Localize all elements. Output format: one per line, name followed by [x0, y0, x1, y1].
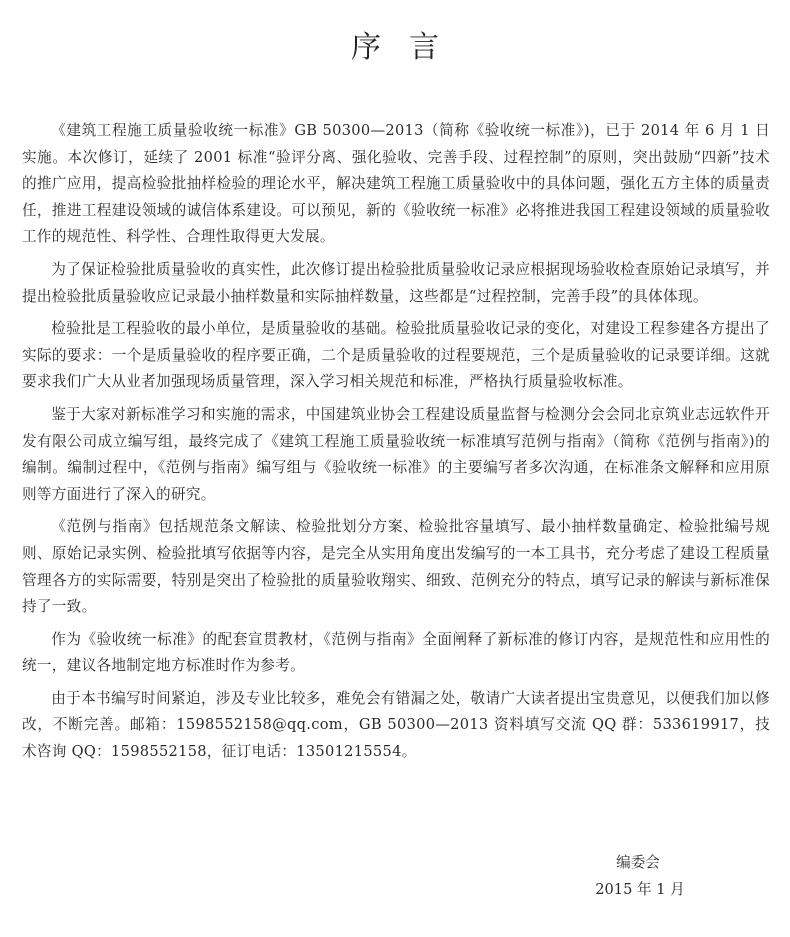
paragraph-6: 作为《验收统一标准》的配套宣贯教材，《范例与指南》全面阐释了新标准的修订内容，是…	[22, 627, 770, 680]
paragraph-1: 《建筑工程施工质量验收统一标准》GB 50300—2013（简称《验收统一标准》…	[22, 118, 770, 251]
preface-body: 《建筑工程施工质量验收统一标准》GB 50300—2013（简称《验收统一标准》…	[22, 118, 770, 772]
paragraph-3: 检验批是工程验收的最小单位，是质量验收的基础。检验批质量验收记录的变化，对建设工…	[22, 316, 770, 396]
signature-date: 2015 年 1 月	[560, 877, 720, 903]
paragraph-4: 鉴于大家对新标准学习和实施的需求，中国建筑业协会工程建设质量监督与检测分会会同北…	[22, 402, 770, 508]
page-title: 序言	[0, 28, 790, 68]
paragraph-7: 由于本书编写时间紧迫，涉及专业比较多，难免会有错漏之处，敬请广大读者提出宝贵意见…	[22, 686, 770, 766]
signature-organization: 编委会	[578, 850, 698, 876]
paragraph-2: 为了保证检验批质量验收的真实性，此次修订提出检验批质量验收记录应根据现场验收检查…	[22, 257, 770, 310]
paragraph-5: 《范例与指南》包括规范条文解读、检验批划分方案、检验批容量填写、最小抽样数量确定…	[22, 514, 770, 620]
